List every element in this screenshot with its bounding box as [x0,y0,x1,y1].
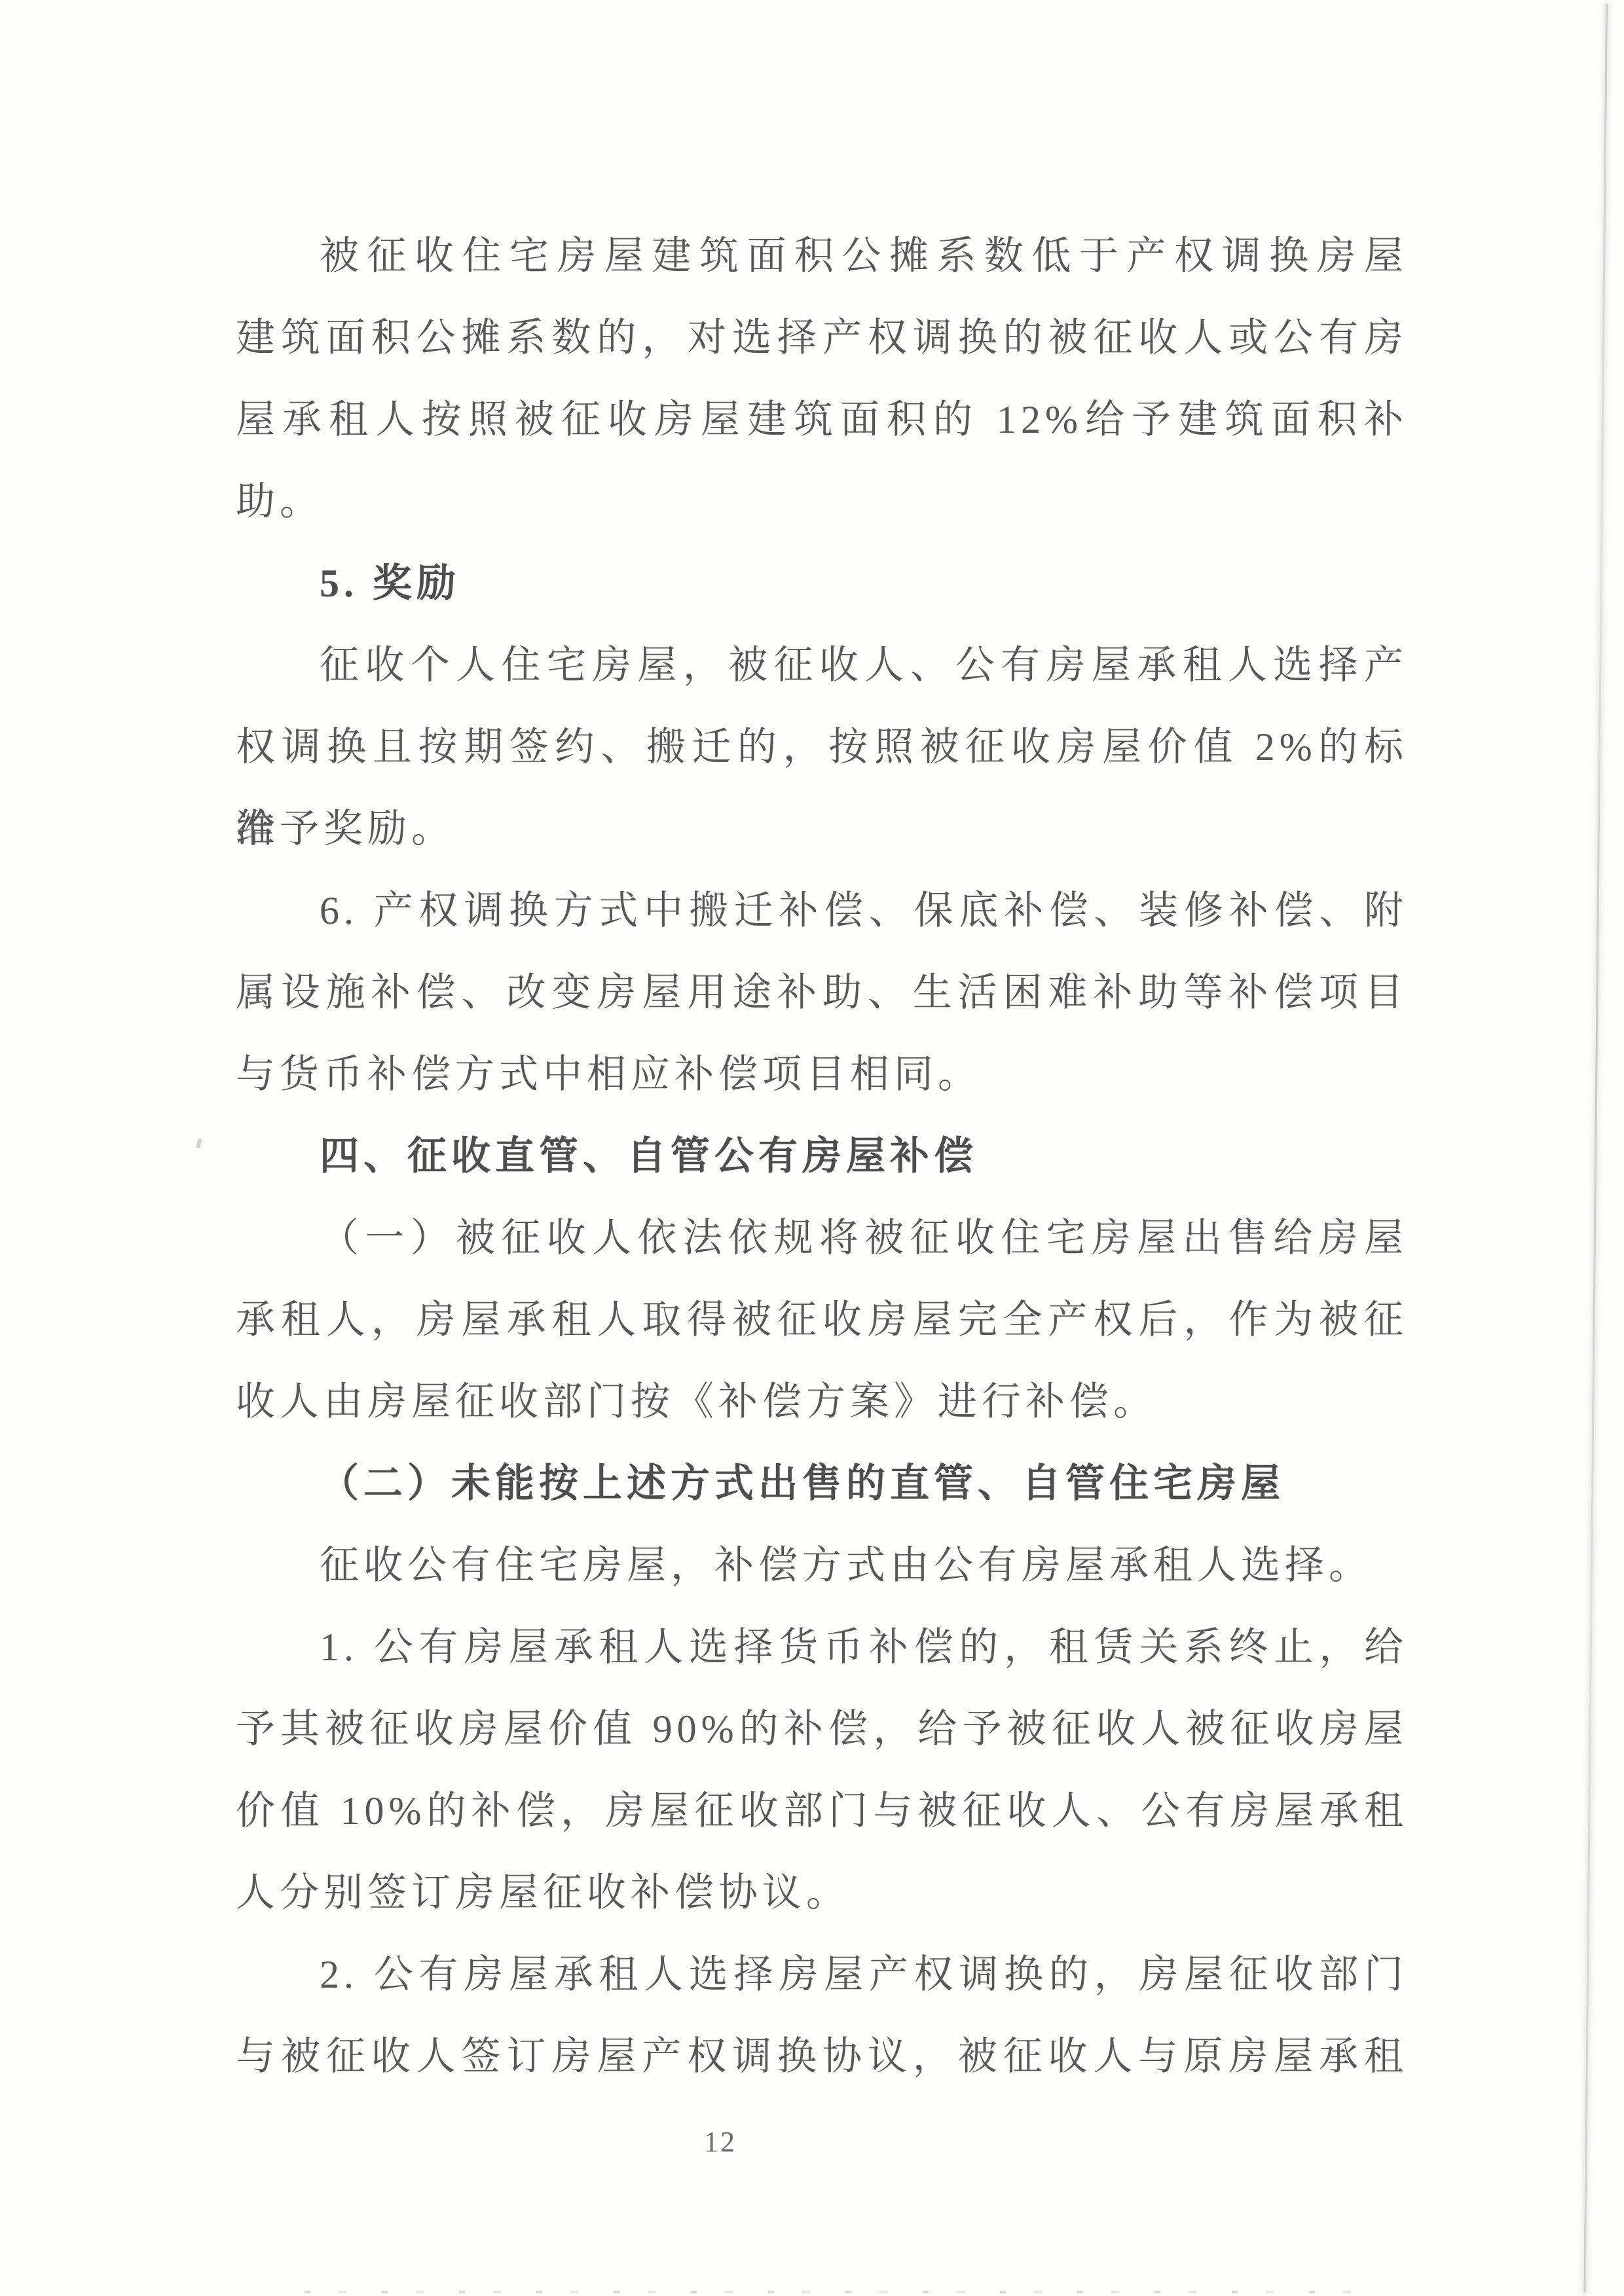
text-line: 屋承租人按照被征收房屋建筑面积的 12%给予建筑面积补 [236,379,1408,461]
text-line: 5. 奖励 [236,543,1408,625]
text-line: 2. 公有房屋承租人选择房屋产权调换的，房屋征收部门 [236,1934,1408,2016]
text-line: 被征收住宅房屋建筑面积公摊系数低于产权调换房屋 [236,215,1408,297]
text-line: （一）被征收人依法依规将被征收住宅房屋出售给房屋 [236,1197,1408,1279]
text-line: 助。 [236,461,1408,543]
text-line: 与货币补偿方式中相应补偿项目相同。 [236,1034,1408,1116]
text-line: 予其被征收房屋价值 90%的补偿，给予被征收人被征收房屋 [236,1688,1408,1770]
text-line: 建筑面积公摊系数的，对选择产权调换的被征收人或公有房 [236,297,1408,379]
text-line: 四、征收直管、自管公有房屋补偿 [236,1116,1408,1197]
document-page: 被征收住宅房屋建筑面积公摊系数低于产权调换房屋建筑面积公摊系数的，对选择产权调换… [0,0,1624,2296]
scan-bottom-noise-artifact [304,2291,1365,2293]
scan-edge-line-artifact [1583,4,1608,2293]
text-line: 征收个人住宅房屋，被征收人、公有房屋承租人选择产 [236,625,1408,706]
text-line: 1. 公有房屋承租人选择货币补偿的，租赁关系终止，给 [236,1607,1408,1688]
text-line: 6. 产权调换方式中搬迁补偿、保底补偿、装修补偿、附 [236,870,1408,952]
text-line: 价值 10%的补偿，房屋征收部门与被征收人、公有房屋承租 [236,1770,1408,1852]
text-line: 承租人，房屋承租人取得被征收房屋完全产权后，作为被征 [236,1279,1408,1361]
text-line: （二）未能按上述方式出售的直管、自管住宅房屋 [236,1443,1408,1525]
text-line: 权调换且按期签约、搬迁的，按照被征收房屋价值 2%的标准 [236,706,1408,788]
text-line: 收人由房屋征收部门按《补偿方案》进行补偿。 [236,1361,1408,1443]
text-line: 给予奖励。 [236,788,1408,870]
text-line: 征收公有住宅房屋，补偿方式由公有房屋承租人选择。 [236,1525,1408,1607]
text-line: 属设施补偿、改变房屋用途补助、生活困难补助等补偿项目 [236,952,1408,1034]
scan-speck-artifact [196,1138,202,1148]
text-line: 与被征收人签订房屋产权调换协议，被征收人与原房屋承租 [236,2016,1408,2098]
page-number: 12 [674,2125,766,2159]
text-block: 被征收住宅房屋建筑面积公摊系数低于产权调换房屋建筑面积公摊系数的，对选择产权调换… [236,215,1408,2098]
text-line: 人分别签订房屋征收补偿协议。 [236,1852,1408,1934]
